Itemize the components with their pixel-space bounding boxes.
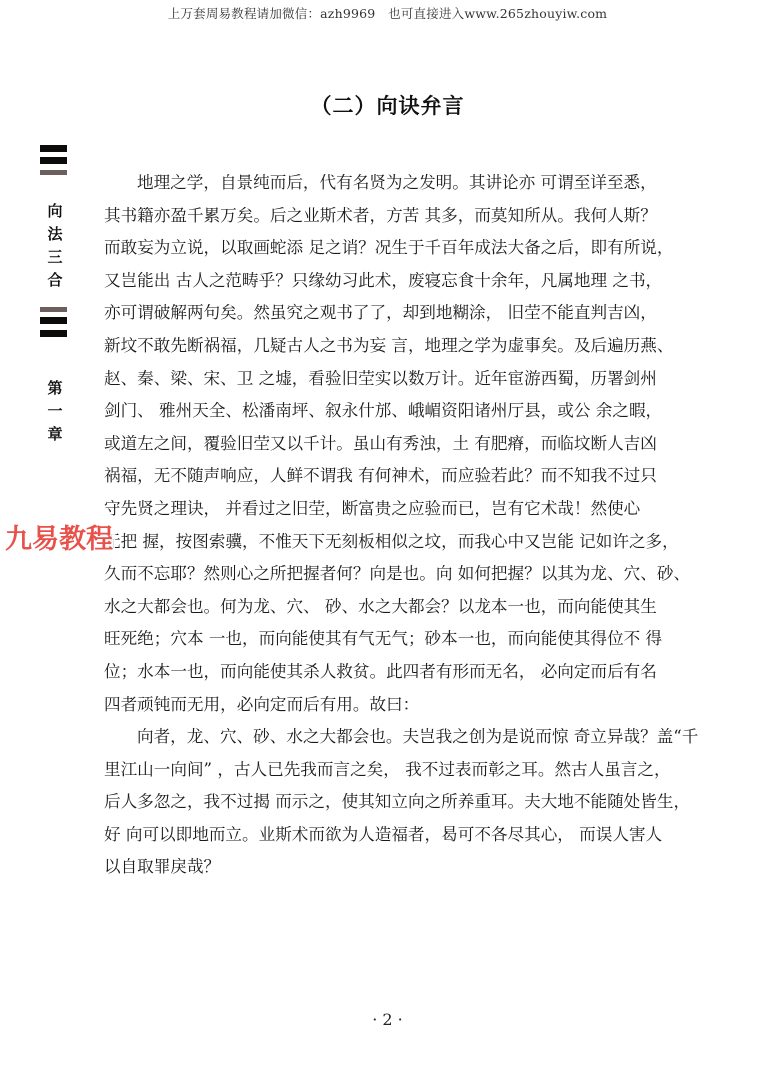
trigram-bar-icon [40,157,67,164]
chapter-char: 第 [40,377,70,399]
text-line: 无把 握，按图索骥，不惟天下无刻板相似之坟，而我心中又岂能 记如许之多， [104,526,704,559]
section-title-char: 法 [40,223,70,245]
trigram-bar-icon [40,145,67,152]
text-line: 水之大都会也。何为龙、穴、 砂、水之大都会？以龙本一也，而向能使其生 [104,591,704,624]
logo-watermark: 九易教程 [5,520,115,560]
text-line: 位；水本一也，而向能使其杀人救贫。此四者有形而无名， 必向定而后有名 [104,656,704,689]
trigram-bar-icon [40,170,67,175]
body-text: 地理之学，自景纯而后，代有名贤为之发明。其讲论亦 可谓至详至悉， 其书籍亦盈千累… [104,167,704,884]
text-line: 旺死绝；穴本 一也，而向能使其有气无气；砂本一也，而向能使其得位不 得 [104,623,704,656]
text-line: 赵、秦、梁、宋、卫 之墟，看验旧茔实以数万计。近年宦游西蜀，历署剑州 [104,363,704,396]
text-line: 剑门、 雅州天全、松潘南坪、叙永什邡、峨嵋资阳诸州厅县，或公 余之暇， [104,395,704,428]
trigram-bar-icon [40,307,67,312]
section-title-char: 合 [40,269,70,291]
chapter-char: 一 [40,400,70,422]
header-watermark: 上万套周易教程请加微信：azh9969 也可直接进入www.265zhouyiw… [0,4,775,22]
text-line: 里江山一向间” ，古人已先我而言之矣， 我不过表而彰之耳。然古人虽言之， [104,754,704,787]
text-line: 或道左之间，覆验旧茔又以千计。虽山有秀浊，土 有肥瘠，而临坟断人吉凶 [104,428,704,461]
text-line: 以自取罪戾哉？ [104,851,704,884]
text-line: 新坟不敢先断祸福，几疑古人之书为妄 言，地理之学为虚事矣。及后遍历燕、 [104,330,704,363]
page-number: · 2 · [0,1010,775,1029]
section-title-char: 向 [40,200,70,222]
trigram-bar-icon [40,330,67,337]
text-line: 又岂能出 古人之范畴乎？只缘幼习此术，废寝忘食十余年，凡属地理 之书， [104,265,704,298]
text-line: 祸福，无不随声响应，人鲜不谓我 有何神术，而应验若此？而不知我不过只 [104,460,704,493]
text-line: 久而不忘耶？然则心之所把握者何？向是也。向 如何把握？以其为龙、穴、砂、 [104,558,704,591]
trigram-bar-icon [40,317,67,324]
text-line: 后人多忽之，我不过揭 而示之，使其知立向之所养重耳。夫大地不能随处皆生， [104,786,704,819]
text-line: 而敢妄为立说，以取画蛇添 足之诮？况生于千百年成法大备之后，即有所说， [104,232,704,265]
text-line: 好 向可以即地而立。业斯术而欲为人造福者，曷可不各尽其心， 而误人害人 [104,819,704,852]
text-line: 向者，龙、穴、砂、水之大都会也。夫岂我之创为是说而惊 奇立异哉？盖“千 [104,721,704,754]
text-line: 守先贤之理诀， 并看过之旧茔，断富贵之应验而已，岂有它术哉！然使心 [104,493,704,526]
text-line: 四者顽钝而无用，必向定而后有用。故曰： [104,689,704,722]
text-line: 亦可谓破解两句矣。然虽究之观书了了，却到地糊涂， 旧茔不能直判吉凶， [104,297,704,330]
text-line: 其书籍亦盈千累万矣。后之业斯术者，方苦 其多，而莫知所从。我何人斯？ [104,200,704,233]
section-title-char: 三 [40,246,70,268]
chapter-title: （二）向诀弁言 [0,90,775,120]
chapter-char: 章 [40,423,70,445]
text-line: 地理之学，自景纯而后，代有名贤为之发明。其讲论亦 可谓至详至悉， [104,167,704,200]
